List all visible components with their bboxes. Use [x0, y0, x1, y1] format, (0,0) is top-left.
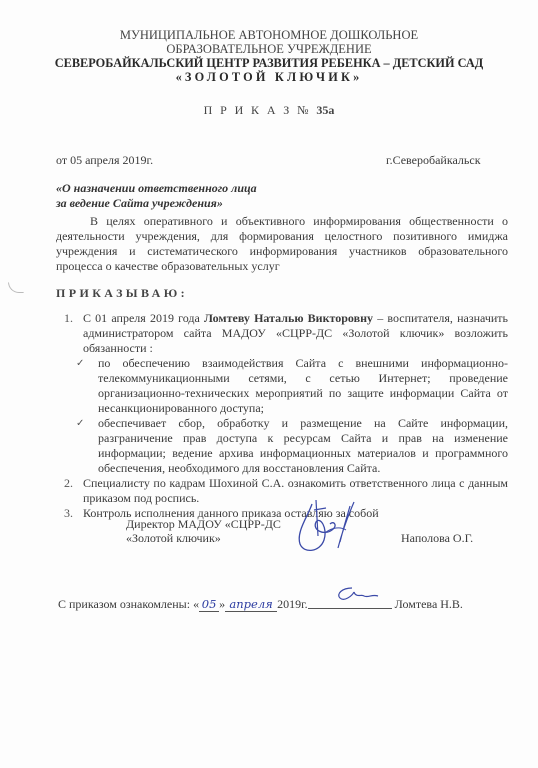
- item-text-before: С 01 апреля 2019 года: [83, 311, 204, 325]
- order-subject-line-1: «О назначении ответственного лица: [56, 181, 257, 196]
- order-title-label: П Р И К А З №: [204, 103, 317, 117]
- acknowledgement-line: С приказом ознакомлены: «05»апреля2019г.…: [58, 595, 463, 612]
- director-position-line-1: Директор МАДОУ «СЦРР-ДС: [126, 517, 281, 532]
- intro-text: В целях оперативного и объективного инфо…: [56, 214, 508, 273]
- list-item-2: 2. Специалисту по кадрам Шохиной С.А. оз…: [56, 476, 508, 506]
- acknowledgement-label: С приказом ознакомлены: «: [58, 597, 199, 611]
- item-number: 2.: [64, 476, 73, 491]
- document-page: МУНИЦИПАЛЬНОЕ АВТОНОМНОЕ ДОШКОЛЬНОЕ ОБРА…: [0, 0, 538, 768]
- sub-item-text: обеспечивает сбор, обработку и размещени…: [98, 416, 508, 475]
- acknowledgement-day: 05: [199, 597, 219, 612]
- checkmark-icon: ✓: [76, 356, 84, 371]
- order-items-list: 1. С 01 апреля 2019 года Ломтеву Наталью…: [56, 311, 508, 521]
- sub-item-2: ✓ обеспечивает сбор, обработку и размеще…: [73, 416, 508, 476]
- list-item-1: 1. С 01 апреля 2019 года Ломтеву Наталью…: [56, 311, 508, 356]
- sub-item-1: ✓ по обеспечению взаимодействия Сайта с …: [73, 356, 508, 416]
- orders-heading: ПРИКАЗЫВАЮ:: [56, 286, 188, 301]
- org-header-line-1: МУНИЦИПАЛЬНОЕ АВТОНОМНОЕ ДОШКОЛЬНОЕ: [0, 28, 538, 43]
- list-item-3: 3. Контроль исполнения данного приказа о…: [56, 506, 508, 521]
- org-header-line-4: «ЗОЛОТОЙ КЛЮЧИК»: [0, 70, 538, 85]
- org-header-line-3: СЕВЕРОБАЙКАЛЬСКИЙ ЦЕНТР РАЗВИТИЯ РЕБЕНКА…: [0, 56, 538, 71]
- director-name: Наполова О.Г.: [401, 531, 473, 546]
- intro-paragraph: В целях оперативного и объективного инфо…: [56, 214, 508, 274]
- appointee-name: Ломтеву Наталью Викторовну: [204, 311, 373, 325]
- org-header-line-2: ОБРАЗОВАТЕЛЬНОЕ УЧРЕЖДЕНИЕ: [0, 42, 538, 57]
- acknowledgement-year: 2019г.: [277, 597, 308, 611]
- acknowledgement-month: апреля: [225, 597, 277, 612]
- order-city: г.Северобайкальск: [386, 153, 481, 168]
- order-number: 35а: [316, 103, 334, 117]
- order-title: П Р И К А З № 35а: [0, 103, 538, 118]
- employee-name: Ломтева Н.В.: [395, 597, 463, 611]
- order-date: от 05 апреля 2019г.: [56, 153, 153, 168]
- order-subject-line-2: за ведение Сайта учреждения»: [56, 196, 257, 211]
- item-number: 1.: [64, 311, 73, 326]
- item-number: 3.: [64, 506, 73, 521]
- sub-item-text: по обеспечению взаимодействия Сайта с вн…: [98, 356, 508, 415]
- scan-mark: [8, 282, 24, 293]
- director-signature-icon: [290, 496, 370, 558]
- order-subject: «О назначении ответственного лица за вед…: [56, 181, 257, 211]
- employee-signature-icon: [332, 584, 382, 604]
- director-position-line-2: «Золотой ключик»: [126, 531, 221, 546]
- checkmark-icon: ✓: [76, 416, 84, 431]
